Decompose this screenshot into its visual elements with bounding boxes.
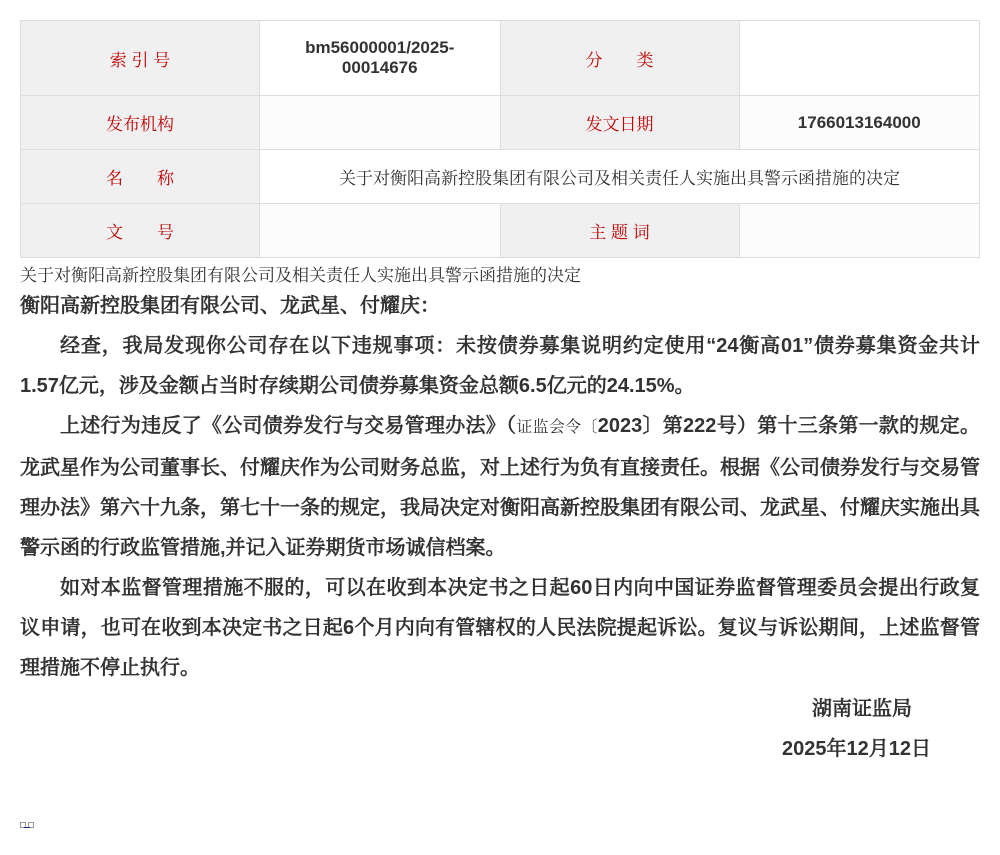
- regulation-reference: 证监会令〔: [516, 419, 597, 436]
- index-number-value: bm56000001/2025-00014676: [260, 21, 501, 96]
- document-title: 关于对衡阳高新控股集团有限公司及相关责任人实施出具警示函措施的决定: [20, 261, 581, 286]
- broken-image-icon: [20, 822, 34, 830]
- signature-organization: 湖南证监局: [812, 692, 912, 721]
- document-body: 衡阳高新控股集团有限公司、龙武星、付耀庆： 经查，我局发现你公司存在以下违规事项…: [20, 286, 980, 688]
- meta-row-4: 文 号 主 题 词: [21, 204, 980, 258]
- paragraph-violation: 上述行为违反了《公司债券发行与交易管理办法》（证监会令〔2023〕第222号）第…: [20, 406, 980, 568]
- doc-number-label: 文 号: [21, 204, 260, 258]
- category-label: 分 类: [500, 21, 739, 96]
- document-metadata-table: 索 引 号 bm56000001/2025-00014676 分 类 发布机构 …: [20, 20, 980, 258]
- doc-name-label: 名 称: [21, 150, 260, 204]
- doc-number-value: [260, 204, 501, 258]
- addressee: 衡阳高新控股集团有限公司、龙武星、付耀庆：: [20, 286, 980, 326]
- doc-name-value: 关于对衡阳高新控股集团有限公司及相关责任人实施出具警示函措施的决定: [260, 150, 980, 204]
- keywords-value: [739, 204, 980, 258]
- signature-date: 2025年12月12日: [782, 732, 931, 761]
- index-number-label: 索 引 号: [21, 21, 260, 96]
- issue-date-label: 发文日期: [500, 96, 739, 150]
- paragraph-violation-part-a: 上述行为违反了《公司债券发行与交易管理办法》（: [60, 415, 516, 437]
- meta-row-2: 发布机构 发文日期 1766013164000: [21, 96, 980, 150]
- issue-date-value: 1766013164000: [739, 96, 980, 150]
- publisher-value: [260, 96, 501, 150]
- publisher-label: 发布机构: [21, 96, 260, 150]
- paragraph-findings: 经查，我局发现你公司存在以下违规事项：未按债券募集说明约定使用“24衡高01”债…: [20, 326, 980, 406]
- meta-row-3: 名 称 关于对衡阳高新控股集团有限公司及相关责任人实施出具警示函措施的决定: [21, 150, 980, 204]
- meta-row-1: 索 引 号 bm56000001/2025-00014676 分 类: [21, 21, 980, 96]
- category-value: [739, 21, 980, 96]
- paragraph-appeal: 如对本监督管理措施不服的，可以在收到本决定书之日起60日内向中国证券监督管理委员…: [20, 568, 980, 688]
- keywords-label: 主 题 词: [500, 204, 739, 258]
